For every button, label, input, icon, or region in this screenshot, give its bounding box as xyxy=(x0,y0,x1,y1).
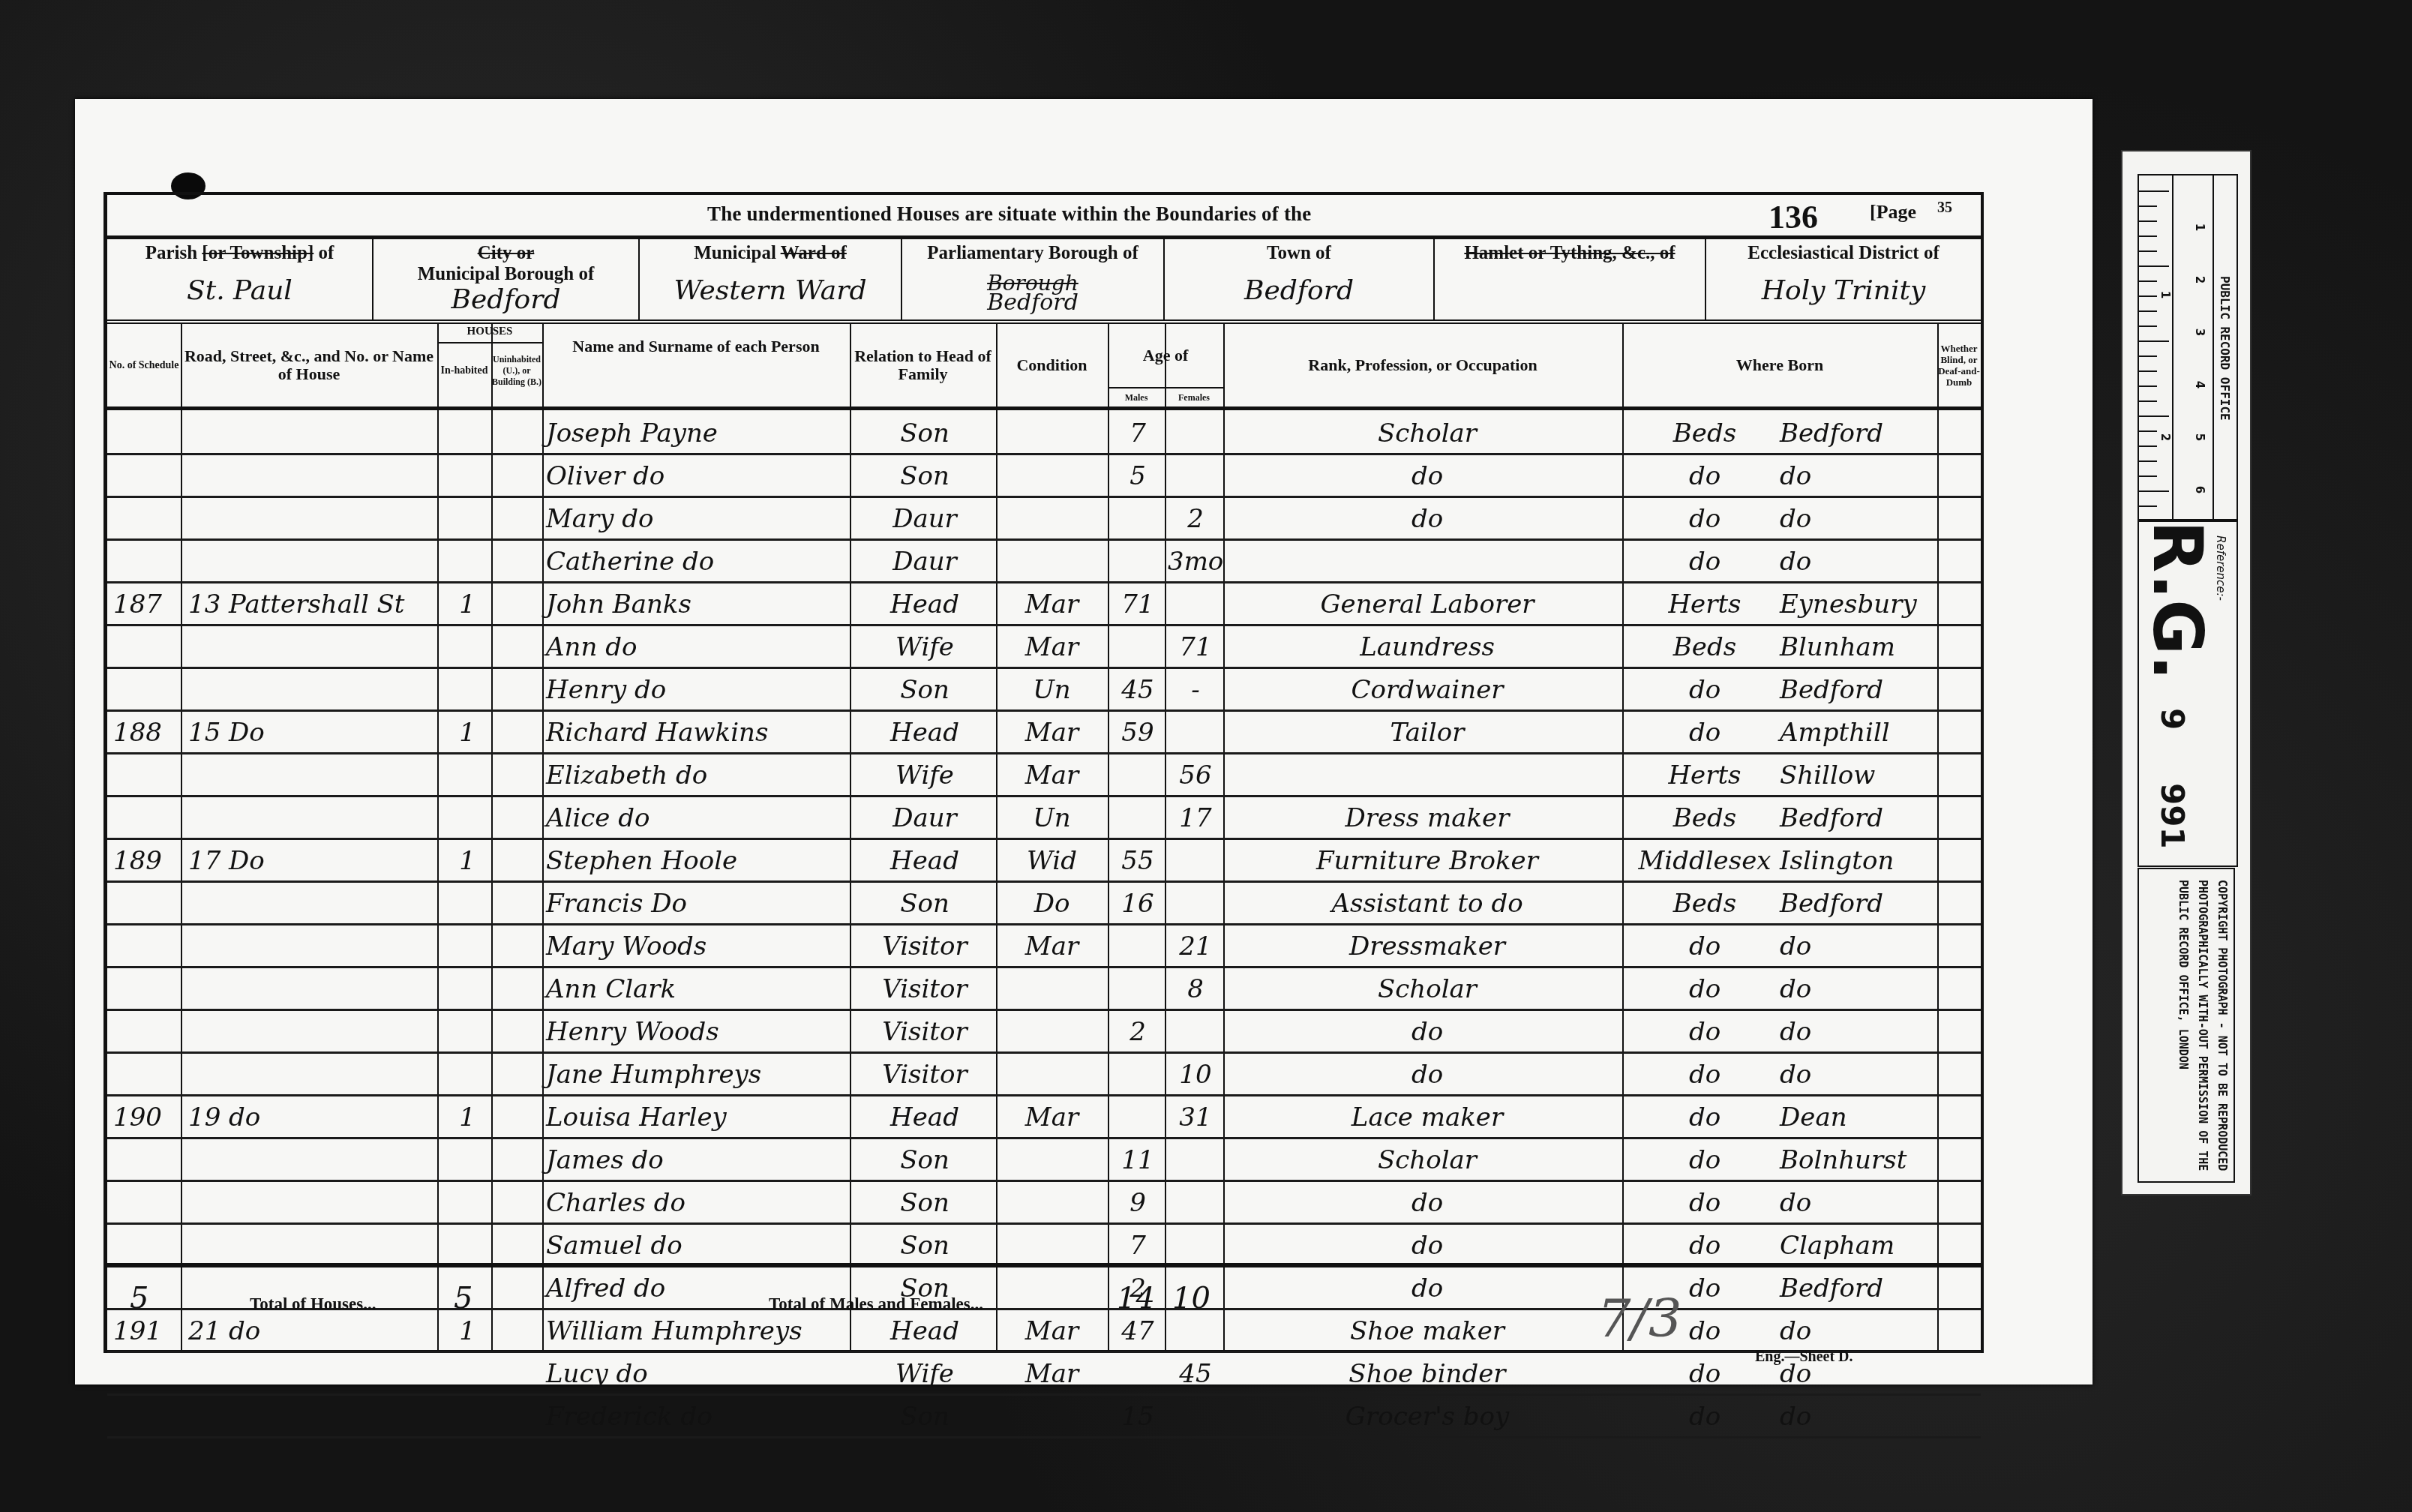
ruler-number: 1 xyxy=(2193,223,2206,231)
male-age xyxy=(1111,496,1165,538)
relation-to-head: Visitor xyxy=(857,923,992,966)
relation-to-head: Son xyxy=(857,1180,992,1222)
inhabited-count: 1 xyxy=(445,709,490,752)
table-row: Frederick doSon15Grocer's boydodo xyxy=(107,1393,1981,1438)
female-age xyxy=(1168,880,1223,923)
reference-piece: 991 xyxy=(2154,783,2191,849)
occupation: do xyxy=(1232,453,1622,496)
relation-to-head: Son xyxy=(857,1137,992,1180)
occupation: do xyxy=(1232,1009,1622,1051)
person-name: Charles do xyxy=(546,1180,846,1222)
female-age xyxy=(1168,581,1223,624)
male-age: 15 xyxy=(1111,1393,1165,1436)
road-address xyxy=(188,410,436,453)
boundary-town: Town of Bedford xyxy=(1165,238,1435,319)
total-houses-label: Total of Houses... xyxy=(250,1294,376,1314)
male-age: 7 xyxy=(1111,410,1165,453)
relation-to-head: Son xyxy=(857,410,992,453)
inhabited-count xyxy=(445,624,490,667)
column-headers: No. of Schedule Road, Street, &c., and N… xyxy=(107,324,1981,410)
birth-county: do xyxy=(1630,923,1780,966)
birth-town: Bedford xyxy=(1780,410,1937,453)
marital-condition xyxy=(997,1137,1106,1180)
female-age: 2 xyxy=(1168,496,1223,538)
schedule-number xyxy=(113,1137,181,1180)
ruler-tick xyxy=(2139,280,2157,282)
birth-town: Islington xyxy=(1780,838,1937,880)
boundary-municipal-borough: City orMunicipal Borough of Bedford xyxy=(373,238,640,319)
birth-town: do xyxy=(1780,538,1937,581)
total-males: 14 xyxy=(1117,1281,1155,1315)
inhabited-count xyxy=(445,1051,490,1094)
header-blind: Whether Blind, or Deaf-and-Dumb xyxy=(1937,324,1981,406)
road-address xyxy=(188,966,436,1009)
ruler-tick xyxy=(2139,415,2169,417)
female-age: 8 xyxy=(1168,966,1223,1009)
header-age: Age of xyxy=(1108,324,1223,387)
road-address xyxy=(188,1009,436,1051)
person-name: Ann do xyxy=(546,624,846,667)
total-houses-value: 5 xyxy=(454,1281,472,1315)
birth-county: do xyxy=(1630,1009,1780,1051)
ruler-tick xyxy=(2139,265,2169,267)
person-name: Samuel do xyxy=(546,1222,846,1265)
female-age xyxy=(1168,1180,1223,1222)
inhabited-count xyxy=(445,1009,490,1051)
form-title: The undermentioned Houses are situate wi… xyxy=(707,202,1312,226)
person-name: Joseph Payne xyxy=(546,410,846,453)
birth-county: do xyxy=(1630,538,1780,581)
header-females: Females xyxy=(1165,387,1223,408)
schedule-number: 187 xyxy=(113,581,181,624)
ruler-tick xyxy=(2139,250,2157,252)
ruler-tick xyxy=(2139,430,2157,432)
person-name: Mary Woods xyxy=(546,923,846,966)
birth-town: do xyxy=(1780,496,1937,538)
parish-label-suffix: of xyxy=(313,243,334,263)
ruler-tick xyxy=(2139,355,2157,357)
birth-town: Bedford xyxy=(1780,667,1937,709)
person-name: Henry Woods xyxy=(546,1009,846,1051)
road-address xyxy=(188,1137,436,1180)
person-name: Francis Do xyxy=(546,880,846,923)
female-age: 21 xyxy=(1168,923,1223,966)
schedule-number xyxy=(113,923,181,966)
table-row: Elizabeth doWifeMar56HertsShillow xyxy=(107,752,1981,797)
table-row: 19019 do1Louisa HarleyHeadMar31Lace make… xyxy=(107,1094,1981,1139)
relation-to-head: Son xyxy=(857,667,992,709)
marital-condition xyxy=(997,410,1106,453)
male-age xyxy=(1111,923,1165,966)
total-schedules: 5 xyxy=(130,1281,148,1315)
inhabited-count xyxy=(445,923,490,966)
total-persons-label: Total of Males and Females... xyxy=(769,1294,983,1314)
birth-town: do xyxy=(1780,966,1937,1009)
ruler-number: 2 xyxy=(2193,276,2206,283)
relation-to-head: Head xyxy=(857,581,992,624)
header-road: Road, Street, &c., and No. or Name of Ho… xyxy=(181,324,437,406)
schedule-number xyxy=(113,1009,181,1051)
occupation: do xyxy=(1232,1051,1622,1094)
total-females: 10 xyxy=(1172,1281,1210,1315)
road-address: 19 do xyxy=(188,1094,436,1137)
birth-county: do xyxy=(1630,1137,1780,1180)
marital-condition: Un xyxy=(997,795,1106,838)
occupation: Cordwainer xyxy=(1232,667,1622,709)
inhabited-count: 1 xyxy=(445,581,490,624)
birth-town: do xyxy=(1780,1180,1937,1222)
road-address xyxy=(188,1393,436,1436)
reference-box: Reference:- R.G. 9 991 xyxy=(2137,519,2238,867)
table-row: James doSon11ScholardoBolnhurst xyxy=(107,1137,1981,1182)
inhabited-count xyxy=(445,966,490,1009)
ruler-tick xyxy=(2139,310,2157,312)
header-occupation: Rank, Profession, or Occupation xyxy=(1223,324,1622,406)
marital-condition xyxy=(997,1051,1106,1094)
relation-to-head: Head xyxy=(857,838,992,880)
birth-town: Bedford xyxy=(1780,880,1937,923)
table-row: Joseph PayneSon7ScholarBedsBedford xyxy=(107,410,1981,455)
schedule-number xyxy=(113,795,181,838)
marital-condition: Do xyxy=(997,880,1106,923)
marital-condition xyxy=(997,538,1106,581)
ruler-tick xyxy=(2139,385,2157,387)
occupation: Scholar xyxy=(1232,410,1622,453)
person-name: Catherine do xyxy=(546,538,846,581)
header-males: Males xyxy=(1108,387,1165,408)
page-number: 35 xyxy=(1937,199,1952,217)
road-address xyxy=(188,880,436,923)
birth-county: do xyxy=(1630,453,1780,496)
scale-ruler: PUBLIC RECORD OFFICE 12345612 xyxy=(2137,174,2238,522)
table-row: 18815 Do1Richard HawkinsHeadMar59Tailord… xyxy=(107,709,1981,754)
birth-town: Ampthill xyxy=(1780,709,1937,752)
birth-county: do xyxy=(1630,966,1780,1009)
birth-county: Herts xyxy=(1630,752,1780,795)
birth-county: Middlesex xyxy=(1630,838,1780,880)
female-age: 3mo xyxy=(1168,538,1223,581)
female-age: 56 xyxy=(1168,752,1223,795)
marital-condition xyxy=(997,1180,1106,1222)
occupation: Lace maker xyxy=(1232,1094,1622,1137)
boundary-row: Parish [or Township] of St. Paul City or… xyxy=(107,238,1981,324)
person-name: Frederick do xyxy=(546,1393,846,1436)
female-age xyxy=(1168,453,1223,496)
relation-to-head: Wife xyxy=(857,1351,992,1393)
boundary-ward: Municipal Ward of Western Ward xyxy=(640,238,902,319)
male-age: 59 xyxy=(1111,709,1165,752)
relation-to-head: Son xyxy=(857,453,992,496)
relation-to-head: Wife xyxy=(857,624,992,667)
parish-label: Parish xyxy=(145,243,202,263)
road-address xyxy=(188,1180,436,1222)
table-row: Samuel doSon7dodoClapham xyxy=(107,1222,1981,1267)
table-row: 18713 Pattershall St1John BanksHeadMar71… xyxy=(107,581,1981,626)
male-age: 9 xyxy=(1111,1180,1165,1222)
schedule-number: 189 xyxy=(113,838,181,880)
hamlet-label-struck: Hamlet or Tything, &c., of xyxy=(1435,243,1705,264)
male-age: 55 xyxy=(1111,838,1165,880)
table-row: Catherine doDaur3mododo xyxy=(107,538,1981,583)
reference-series: 9 xyxy=(2154,708,2191,730)
header-schedule: No. of Schedule xyxy=(107,324,181,406)
birth-town: Dean xyxy=(1780,1094,1937,1137)
header-uninhabited: Uninhabited (U.), or Building (B.) xyxy=(491,334,542,406)
schedule-number xyxy=(113,1222,181,1265)
ruler-tick xyxy=(2139,370,2157,372)
marital-condition: Mar xyxy=(997,1351,1106,1393)
page-label: [Page xyxy=(1870,201,1916,223)
schedule-number xyxy=(113,1393,181,1436)
relation-to-head: Visitor xyxy=(857,1009,992,1051)
inhabited-count xyxy=(445,1351,490,1393)
inhabited-count xyxy=(445,880,490,923)
occupation: Laundress xyxy=(1232,624,1622,667)
ecclesiastical-district-label: Ecclesiastical District of xyxy=(1706,243,1981,264)
marital-condition: Mar xyxy=(997,1094,1106,1137)
sheet-mark: Eng.—Sheet D. xyxy=(1755,1348,1853,1366)
birth-town: Clapham xyxy=(1780,1222,1937,1265)
road-address xyxy=(188,624,436,667)
marital-condition xyxy=(997,1393,1106,1436)
ecclesiastical-district-value: Holy Trinity xyxy=(1706,276,1981,306)
schedule-number xyxy=(113,752,181,795)
schedule-number xyxy=(113,667,181,709)
header-condition: Condition xyxy=(996,324,1108,406)
birth-county: do xyxy=(1630,1094,1780,1137)
occupation xyxy=(1232,538,1622,581)
person-name: Alice do xyxy=(546,795,846,838)
schedule-number xyxy=(113,1051,181,1094)
marital-condition xyxy=(997,453,1106,496)
ruler-tick xyxy=(2139,325,2157,327)
occupation xyxy=(1232,752,1622,795)
person-name: Ann Clark xyxy=(546,966,846,1009)
marital-condition xyxy=(997,1009,1106,1051)
inhabited-count xyxy=(445,1222,490,1265)
inhabited-count xyxy=(445,538,490,581)
table-row: Mary doDaur2dododo xyxy=(107,496,1981,541)
boundary-ecclesiastical-district: Ecclesiastical District of Holy Trinity xyxy=(1706,238,1981,319)
ruler-tick xyxy=(2139,505,2157,507)
male-age: 16 xyxy=(1111,880,1165,923)
birth-county: do xyxy=(1630,709,1780,752)
relation-to-head: Daur xyxy=(857,795,992,838)
ruler-tick xyxy=(2139,235,2157,237)
road-address: 17 Do xyxy=(188,838,436,880)
table-row: Charles doSon9dododo xyxy=(107,1180,1981,1225)
person-name: Henry do xyxy=(546,667,846,709)
inhabited-count xyxy=(445,1180,490,1222)
female-age xyxy=(1168,1222,1223,1265)
schedule-number xyxy=(113,410,181,453)
census-form: The undermentioned Houses are situate wi… xyxy=(103,192,1984,1353)
ruler-tick xyxy=(2139,220,2157,222)
inhabited-count xyxy=(445,496,490,538)
birth-county: Herts xyxy=(1630,581,1780,624)
table-row: Ann ClarkVisitor8Scholardodo xyxy=(107,966,1981,1011)
road-address: 13 Pattershall St xyxy=(188,581,436,624)
road-address: 15 Do xyxy=(188,709,436,752)
schedule-number xyxy=(113,496,181,538)
ruler-tick xyxy=(2139,205,2157,207)
table-row: Jane HumphreysVisitor10dododo xyxy=(107,1051,1981,1096)
female-age xyxy=(1168,1009,1223,1051)
inhabited-count xyxy=(445,752,490,795)
ruler-tick xyxy=(2139,190,2169,192)
margin-tally: 7/3 xyxy=(1597,1288,1682,1349)
female-age xyxy=(1168,1393,1223,1436)
marital-condition: Mar xyxy=(997,752,1106,795)
table-row: Henry doSonUn45-CordwainerdoBedford xyxy=(107,667,1981,712)
birth-town: Shillow xyxy=(1780,752,1937,795)
male-age: 45 xyxy=(1111,667,1165,709)
ruler-number: 3 xyxy=(2193,328,2206,336)
marital-condition: Mar xyxy=(997,923,1106,966)
female-age: 45 xyxy=(1168,1351,1223,1393)
relation-to-head: Head xyxy=(857,709,992,752)
boundary-parliamentary-borough: Parliamentary Borough of Borough Bedford xyxy=(902,238,1165,319)
inhabited-count xyxy=(445,1393,490,1436)
ward-label: Municipal xyxy=(694,243,781,263)
ruler-tick xyxy=(2139,445,2157,447)
road-address xyxy=(188,496,436,538)
road-address xyxy=(188,1051,436,1094)
relation-to-head: Son xyxy=(857,1222,992,1265)
male-age xyxy=(1111,752,1165,795)
female-age: 10 xyxy=(1168,1051,1223,1094)
ruler-tick xyxy=(2139,490,2169,492)
male-age: 71 xyxy=(1111,581,1165,624)
birth-town: Bolnhurst xyxy=(1780,1137,1937,1180)
table-row: Alice doDaurUn17Dress makerBedsBedford xyxy=(107,795,1981,840)
male-age xyxy=(1111,966,1165,1009)
municipal-borough-value: Bedford xyxy=(373,285,638,315)
birth-county: Beds xyxy=(1630,880,1780,923)
birth-county: do xyxy=(1630,1180,1780,1222)
person-name: Louisa Harley xyxy=(546,1094,846,1137)
ruler-tick xyxy=(2139,400,2157,402)
relation-to-head: Son xyxy=(857,1393,992,1436)
parliamentary-borough-value: Bedford xyxy=(902,288,1163,318)
marital-condition: Mar xyxy=(997,624,1106,667)
folio-number: 136 xyxy=(1768,198,1818,236)
female-age xyxy=(1168,838,1223,880)
birth-town: Blunham xyxy=(1780,624,1937,667)
boundary-parish: Parish [or Township] of St. Paul xyxy=(107,238,373,319)
schedule-number xyxy=(113,1180,181,1222)
occupation: Grocer's boy xyxy=(1232,1393,1622,1436)
female-age xyxy=(1168,1137,1223,1180)
table-row: Francis DoSonDo16Assistant to doBedsBedf… xyxy=(107,880,1981,925)
occupation: do xyxy=(1232,496,1622,538)
table-row: 18917 Do1Stephen HooleHeadWid55Furniture… xyxy=(107,838,1981,883)
male-age: 7 xyxy=(1111,1222,1165,1265)
male-age: 2 xyxy=(1111,1009,1165,1051)
birth-county: do xyxy=(1630,1222,1780,1265)
male-age xyxy=(1111,795,1165,838)
person-name: Jane Humphreys xyxy=(546,1051,846,1094)
birth-town: Bedford xyxy=(1780,795,1937,838)
birth-county: do xyxy=(1630,1393,1780,1436)
parliamentary-borough-label: Parliamentary Borough of xyxy=(902,243,1163,264)
schedule-number xyxy=(113,538,181,581)
occupation: Furniture Broker xyxy=(1232,838,1622,880)
boundary-hamlet: Hamlet or Tything, &c., of xyxy=(1435,238,1706,319)
road-address xyxy=(188,1222,436,1265)
header-name: Name and Surname of each Person xyxy=(542,324,850,406)
person-name: Mary do xyxy=(546,496,846,538)
schedule-number xyxy=(113,966,181,1009)
header-where-born: Where Born xyxy=(1622,324,1937,406)
schedule-number xyxy=(113,880,181,923)
occupation: Tailor xyxy=(1232,709,1622,752)
table-row: Henry WoodsVisitor2dododo xyxy=(107,1009,1981,1054)
birth-town: do xyxy=(1780,453,1937,496)
inhabited-count xyxy=(445,410,490,453)
person-name: James do xyxy=(546,1137,846,1180)
occupation: General Laborer xyxy=(1232,581,1622,624)
birth-county: Beds xyxy=(1630,410,1780,453)
inhabited-count xyxy=(445,453,490,496)
relation-to-head: Son xyxy=(857,880,992,923)
header-relation: Relation to Head of Family xyxy=(850,324,996,406)
table-row: Mary WoodsVisitorMar21Dressmakerdodo xyxy=(107,923,1981,968)
road-address xyxy=(188,752,436,795)
marital-condition: Mar xyxy=(997,709,1106,752)
relation-to-head: Daur xyxy=(857,538,992,581)
occupation: Scholar xyxy=(1232,966,1622,1009)
office-label: PUBLIC RECORD OFFICE xyxy=(2212,175,2236,520)
inhabited-count xyxy=(445,1137,490,1180)
ruler-tick xyxy=(2139,295,2157,297)
relation-to-head: Visitor xyxy=(857,1051,992,1094)
schedule-number: 190 xyxy=(113,1094,181,1137)
city-label-struck: City or xyxy=(373,243,638,264)
schedule-number xyxy=(113,453,181,496)
ward-label-struck: Ward of xyxy=(781,243,847,263)
female-age: - xyxy=(1168,667,1223,709)
schedule-number xyxy=(113,624,181,667)
copyright-text: COPYRIGHT PHOTOGRAPH - NOT TO BE REPRODU… xyxy=(2143,880,2232,1172)
marital-condition: Mar xyxy=(997,581,1106,624)
table-row: Ann doWifeMar71LaundressBedsBlunham xyxy=(107,624,1981,669)
birth-town: Eynesbury xyxy=(1780,581,1937,624)
marital-condition xyxy=(997,496,1106,538)
census-sheet: The undermentioned Houses are situate wi… xyxy=(75,99,2092,1384)
ruler-number: 4 xyxy=(2193,381,2206,388)
marital-condition: Un xyxy=(997,667,1106,709)
municipal-borough-label: Municipal Borough of xyxy=(373,264,638,285)
relation-to-head: Daur xyxy=(857,496,992,538)
relation-to-head: Head xyxy=(857,1094,992,1137)
person-name: Richard Hawkins xyxy=(546,709,846,752)
marital-condition xyxy=(997,1222,1106,1265)
occupation: Assistant to do xyxy=(1232,880,1622,923)
road-address xyxy=(188,453,436,496)
person-name: Oliver do xyxy=(546,453,846,496)
census-table: No. of Schedule Road, Street, &c., and N… xyxy=(107,324,1981,1350)
female-age: 71 xyxy=(1168,624,1223,667)
header-inhabited: In-habited xyxy=(437,334,491,406)
male-age: 11 xyxy=(1111,1137,1165,1180)
title-row: The undermentioned Houses are situate wi… xyxy=(107,195,1981,239)
male-age: 5 xyxy=(1111,453,1165,496)
birth-county: Beds xyxy=(1630,795,1780,838)
female-age xyxy=(1168,410,1223,453)
road-address xyxy=(188,538,436,581)
ruler-number: 6 xyxy=(2193,486,2206,493)
